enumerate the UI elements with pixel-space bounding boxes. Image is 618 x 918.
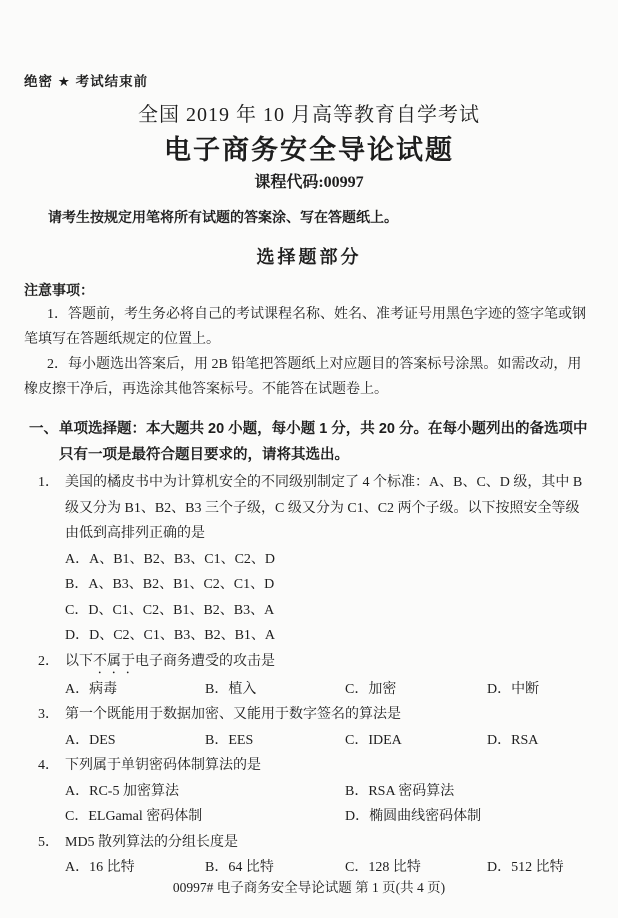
option-c: C．IDEA [345, 728, 487, 754]
part-heading: 一、 单项选择题：本大题共 20 小题，每小题 1 分，共 20 分。在每小题列… [24, 416, 594, 468]
exam-title: 电子商务安全导论试题 [24, 128, 594, 164]
question-2-options: A．病毒 B．植入 C．加密 D．中断 [65, 677, 594, 703]
question-5-head: 5． MD5 散列算法的分组长度是 [38, 830, 594, 856]
question-stem: 美国的橘皮书中为计算机安全的不同级别制定了 4 个标准：A、B、C、D 级，其中… [65, 470, 594, 547]
question-3: 3． 第一个既能用于数据加密、又能用于数字签名的算法是 A．DES B．EES … [38, 702, 594, 753]
question-3-options: A．DES B．EES C．IDEA D．RSA [65, 728, 594, 754]
exam-paper-page: 绝密 ★ 考试结束前 全国 2019 年 10 月高等教育自学考试 电子商务安全… [0, 0, 618, 918]
section-heading: 选择题部分 [24, 243, 594, 268]
option-a: A．RC-5 加密算法 [65, 779, 345, 805]
question-2-head: 2． 以下不属于电子商务遭受的攻击是 [38, 649, 594, 677]
question-list: 1． 美国的橘皮书中为计算机安全的不同级别制定了 4 个标准：A、B、C、D 级… [24, 470, 594, 881]
option-d: D．RSA [487, 728, 594, 754]
question-5: 5． MD5 散列算法的分组长度是 A．16 比特 B．64 比特 C．128 … [38, 830, 594, 881]
question-number: 5． [38, 830, 65, 856]
question-4-options: A．RC-5 加密算法 B．RSA 密码算法 C．ELGamal 密码体制 D．… [65, 779, 594, 830]
option-d: D．中断 [487, 677, 594, 703]
notes-heading: 注意事项： [24, 280, 594, 302]
option-c: C．D、C1、C2、B1、B2、B3、A [65, 598, 594, 624]
stem-suffix: 电子商务遭受的攻击是 [135, 654, 275, 669]
option-b: B．植入 [205, 677, 345, 703]
question-4-head: 4． 下列属于单钥密码体制算法的是 [38, 753, 594, 779]
option-a: A．DES [65, 728, 205, 754]
question-number: 3． [38, 702, 65, 728]
question-2: 2． 以下不属于电子商务遭受的攻击是 A．病毒 B．植入 C．加密 D．中断 [38, 649, 594, 703]
question-stem: 第一个既能用于数据加密、又能用于数字签名的算法是 [65, 702, 594, 728]
answer-sheet-instruction: 请考生按规定用笔将所有试题的答案涂、写在答题纸上。 [48, 207, 594, 229]
option-c: C．加密 [345, 677, 487, 703]
option-a: A．A、B1、B2、B3、C1、C2、D [65, 547, 594, 573]
exam-session-title: 全国 2019 年 10 月高等教育自学考试 [24, 98, 594, 126]
question-number: 2． [38, 649, 65, 677]
question-1-head: 1． 美国的橘皮书中为计算机安全的不同级别制定了 4 个标准：A、B、C、D 级… [38, 470, 594, 547]
note-item-1: 1．答题前，考生务必将自己的考试课程名称、姓名、准考证号用黑色字迹的签字笔或钢笔… [24, 302, 594, 352]
stem-prefix: 以下 [65, 654, 93, 669]
option-b: B．EES [205, 728, 345, 754]
question-4: 4． 下列属于单钥密码体制算法的是 A．RC-5 加密算法 B．RSA 密码算法… [38, 753, 594, 830]
part-heading-text: 单项选择题：本大题共 20 小题，每小题 1 分，共 20 分。在每小题列出的备… [59, 416, 594, 468]
option-b: B．A、B3、B2、B1、C2、C1、D [65, 572, 594, 598]
question-stem: MD5 散列算法的分组长度是 [65, 830, 594, 856]
option-d: D．椭圆曲线密码体制 [345, 804, 594, 830]
stem-emphasized-text: 不属于 [93, 654, 135, 669]
question-stem: 以下不属于电子商务遭受的攻击是 [65, 649, 594, 677]
option-a: A．病毒 [65, 677, 205, 703]
classification-banner: 绝密 ★ 考试结束前 [24, 70, 594, 88]
question-1-options: A．A、B1、B2、B3、C1、C2、D B．A、B3、B2、B1、C2、C1、… [65, 547, 594, 649]
option-c: C．ELGamal 密码体制 [65, 804, 345, 830]
page-footer: 00997# 电子商务安全导论试题 第 1 页(共 4 页) [0, 876, 618, 896]
question-stem: 下列属于单钥密码体制算法的是 [65, 753, 594, 779]
option-b: B．RSA 密码算法 [345, 779, 594, 805]
part-number: 一、 [29, 416, 59, 468]
option-d: D．D、C2、C1、B3、B2、B1、A [65, 623, 594, 649]
question-3-head: 3． 第一个既能用于数据加密、又能用于数字签名的算法是 [38, 702, 594, 728]
question-number: 1． [38, 470, 65, 547]
question-number: 4． [38, 753, 65, 779]
note-item-2: 2．每小题选出答案后，用 2B 铅笔把答题纸上对应题目的答案标号涂黑。如需改动，… [24, 352, 594, 402]
question-1: 1． 美国的橘皮书中为计算机安全的不同级别制定了 4 个标准：A、B、C、D 级… [38, 470, 594, 649]
course-code: 课程代码:00997 [24, 169, 594, 191]
